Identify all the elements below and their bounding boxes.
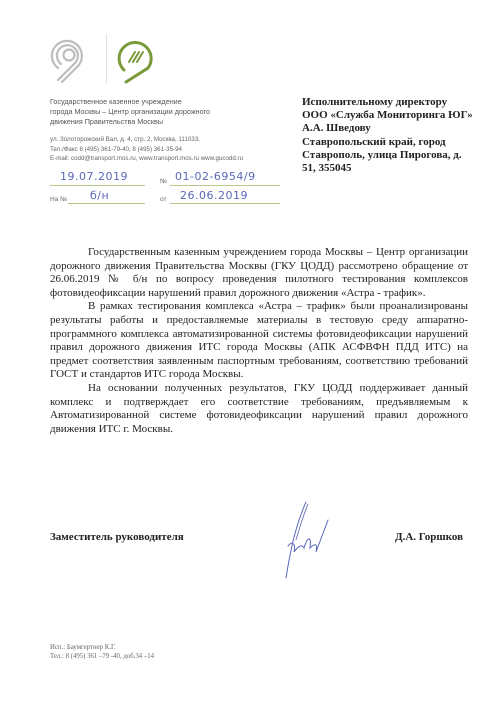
ref-date-label: от (160, 196, 166, 203)
number-underline (170, 185, 280, 186)
body-paragraph: Государственным казенным учреждением гор… (50, 246, 468, 300)
ref-label: На № (50, 196, 67, 203)
recipient-line: ООО «Служба Мониторинга ЮГ» (302, 109, 492, 122)
recipient-line: А.А. Шведову (302, 122, 492, 135)
registration-number: 01-02-6954/9 (175, 170, 256, 183)
executor-name: Исп.: Баумгертнер К.Г. (50, 643, 154, 652)
org-address: ул. Золоторожский Вал, д. 4, стр. 2, Мос… (50, 135, 280, 145)
org-phone: Тел./Факс 8 (495) 361-79-40, 8 (495) 361… (50, 145, 280, 155)
moscow-transport-logo-icon (48, 30, 98, 88)
org-email-web: E-mail: codd@transport.mos.ru, www.trans… (50, 154, 280, 164)
org-name-line: движения Правительства Москвы (50, 117, 280, 127)
executor-info: Исп.: Баумгертнер К.Г. Тел.: 8 (495) 361… (50, 643, 154, 661)
ref-number-underline (68, 203, 145, 204)
logo-divider (106, 34, 107, 84)
number-label: № (160, 178, 167, 185)
org-name-line: Государственное казенное учреждение (50, 97, 280, 107)
ref-number: б/н (90, 189, 109, 202)
body-paragraph: На основании полученных результатов, ГКУ… (50, 382, 468, 436)
letter-body: Государственным казенным учреждением гор… (50, 246, 468, 436)
recipient-line: Ставрополь, улица Пирогова, д. (302, 149, 492, 162)
registration-date: 19.07.2019 (60, 170, 128, 183)
executor-phone: Тел.: 8 (495) 361 –79 -40, доб.34 –14 (50, 652, 154, 661)
organization-info: Государственное казенное учреждение горо… (50, 97, 280, 164)
ref-date-underline (170, 203, 280, 204)
ref-date: 26.06.2019 (180, 189, 248, 202)
letterhead-logos (48, 30, 158, 88)
recipient-block: Исполнительному директору ООО «Служба Мо… (302, 96, 492, 175)
date-underline (50, 185, 145, 186)
signatory-title: Заместитель руководителя (50, 531, 184, 543)
recipient-line: Исполнительному директору (302, 96, 492, 109)
recipient-line: 51, 355045 (302, 162, 492, 175)
signatory-name: Д.А. Горшков (395, 531, 463, 543)
organization-name: Государственное казенное учреждение горо… (50, 97, 280, 127)
handwritten-signature-icon (278, 500, 338, 580)
recipient-line: Ставропольский край, город (302, 136, 492, 149)
gku-codd-logo-icon (112, 30, 162, 88)
org-name-line: города Москвы – Центр организации дорожн… (50, 107, 280, 117)
organization-contacts: ул. Золоторожский Вал, д. 4, стр. 2, Мос… (50, 135, 280, 164)
body-paragraph: В рамках тестирования комплекса «Астра –… (50, 300, 468, 382)
